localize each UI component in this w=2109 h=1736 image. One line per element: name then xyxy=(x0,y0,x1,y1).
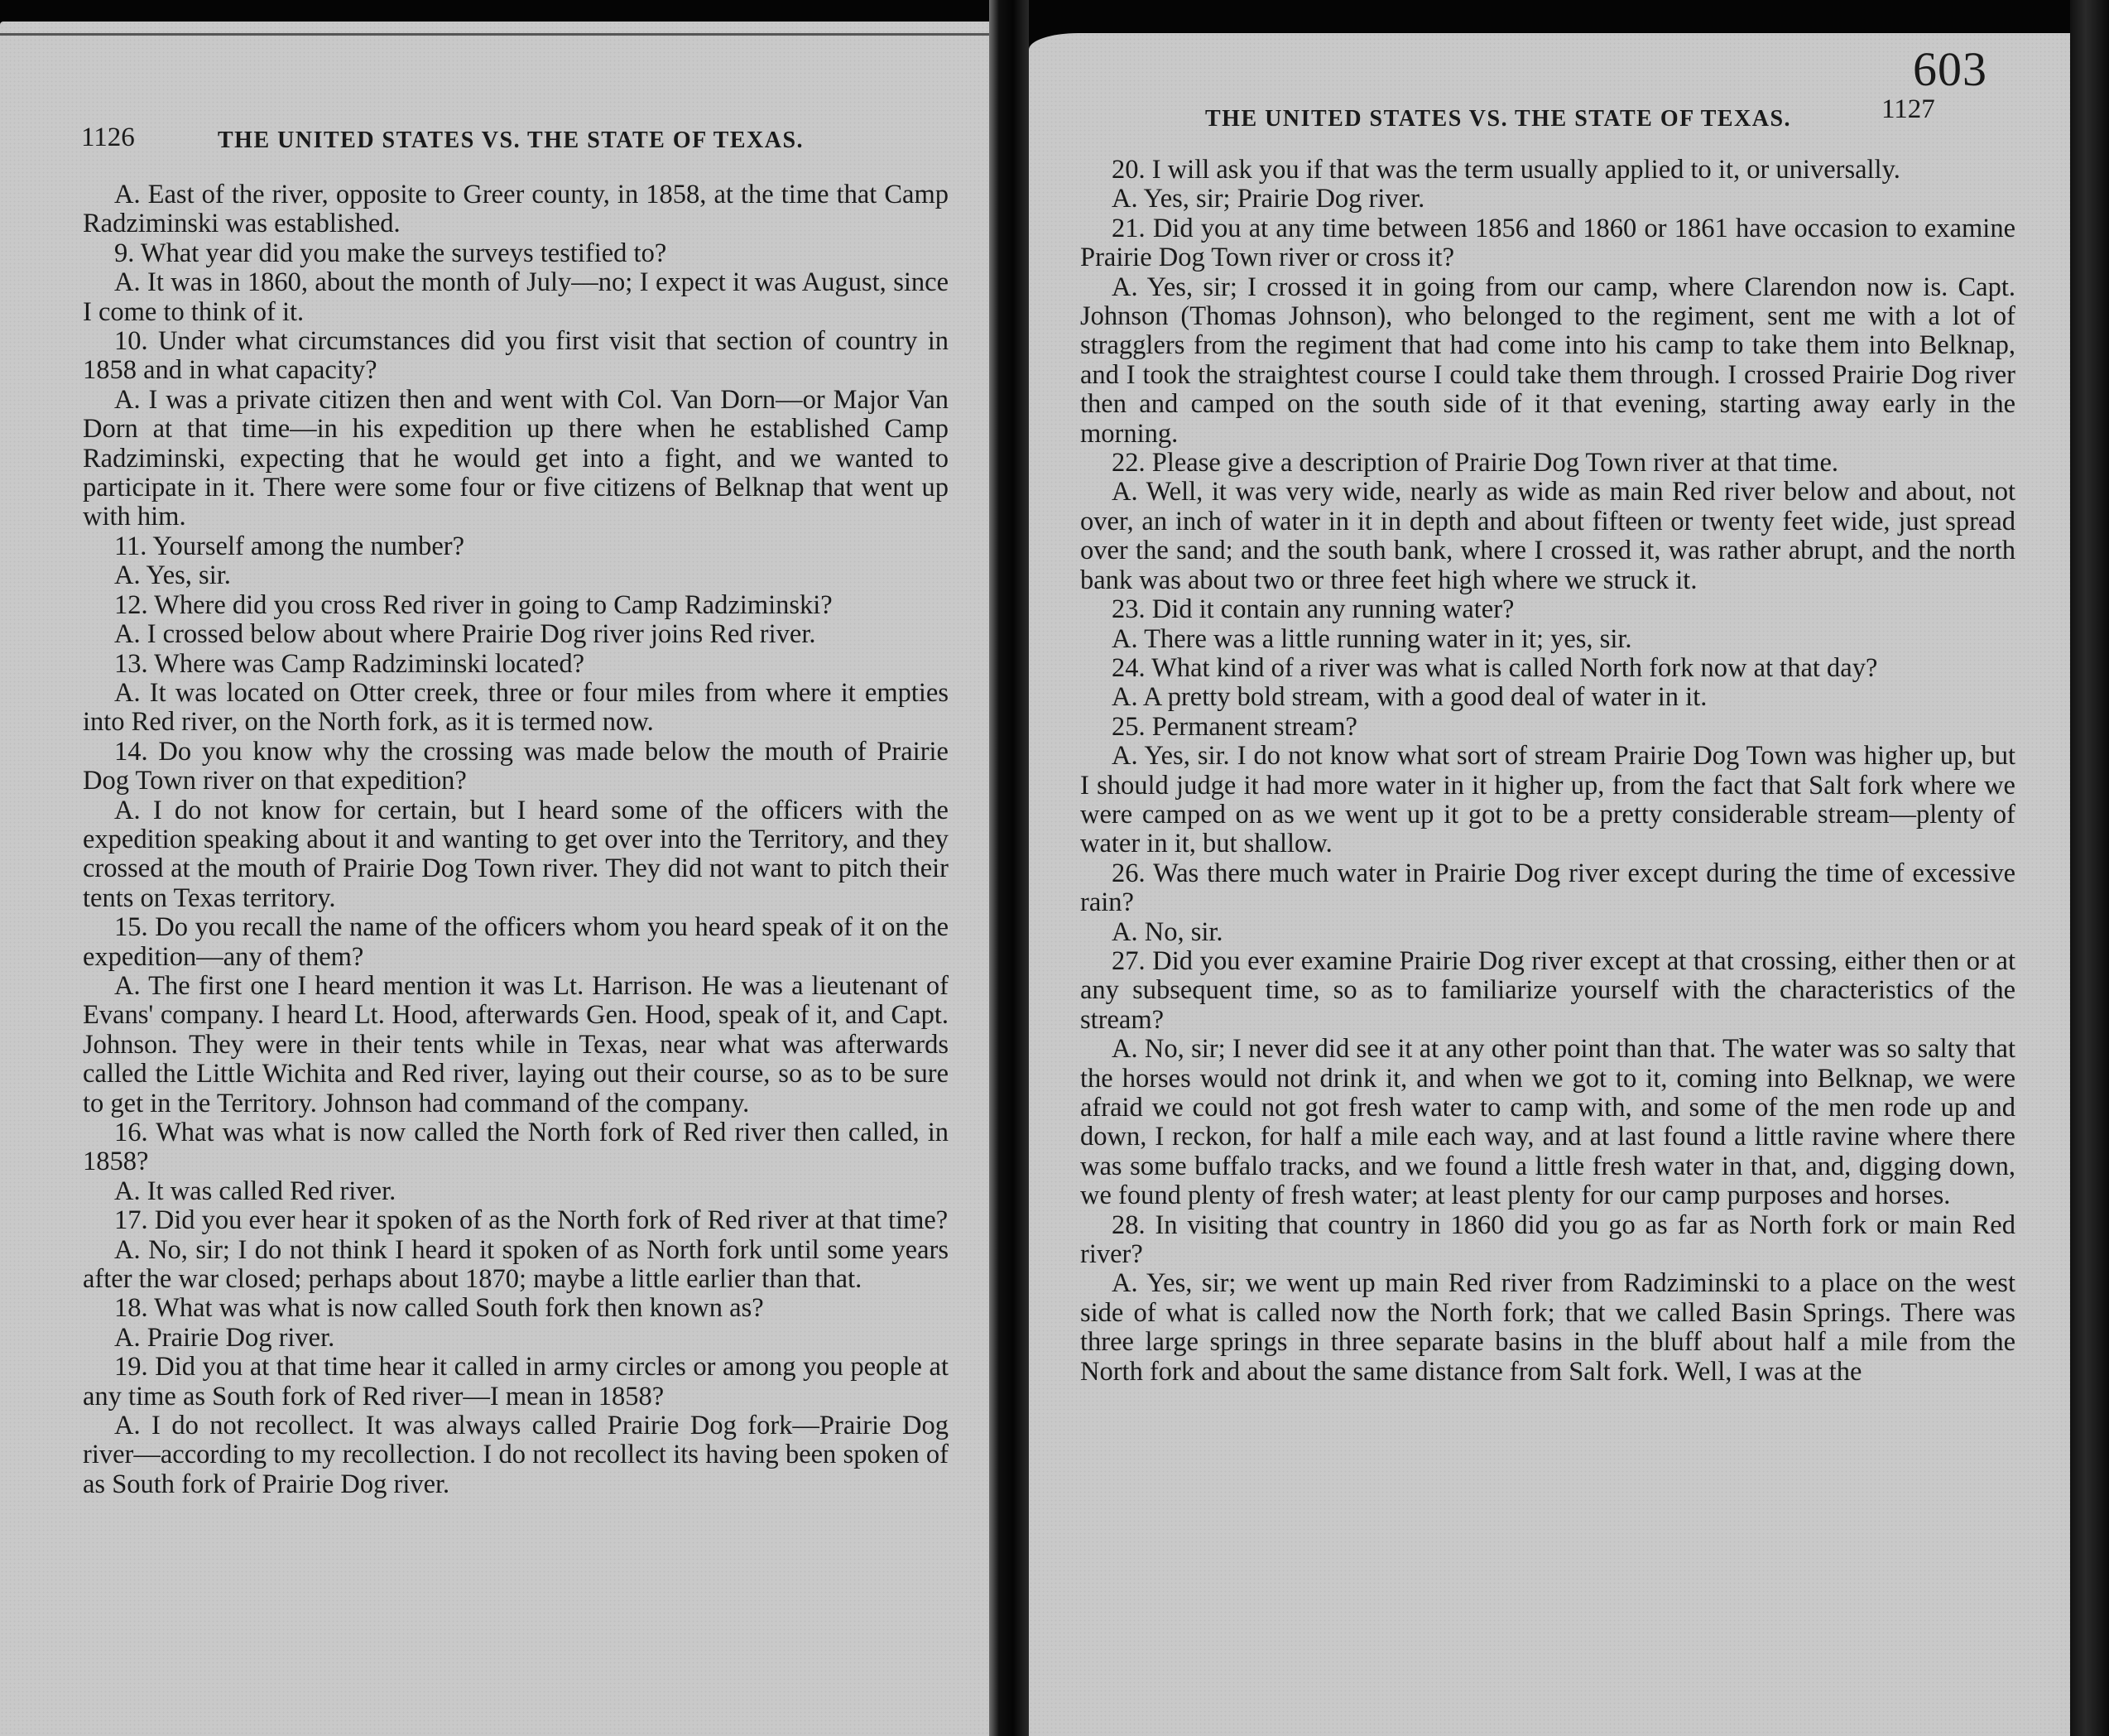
answer-paragraph: A. Yes, sir; Prairie Dog river. xyxy=(1080,185,2015,214)
answer-paragraph: A. No, sir; I never did see it at any ot… xyxy=(1080,1035,2015,1210)
answer-paragraph: A. Well, it was very wide, nearly as wid… xyxy=(1080,478,2015,595)
answer-paragraph: A. It was called Red river. xyxy=(83,1177,949,1206)
answer-paragraph: A. I do not know for certain, but I hear… xyxy=(83,796,949,914)
question-paragraph: 14. Do you know why the crossing was mad… xyxy=(83,738,949,796)
question-paragraph: 9. What year did you make the surveys te… xyxy=(83,239,949,268)
question-paragraph: 26. Was there much water in Prairie Dog … xyxy=(1080,859,2015,918)
answer-paragraph: A. Prairie Dog river. xyxy=(83,1324,949,1353)
question-paragraph: 13. Where was Camp Radziminski located? xyxy=(83,650,949,679)
answer-paragraph: A. Yes, sir. xyxy=(83,561,949,590)
book-edge xyxy=(2070,0,2109,1736)
running-head: THE UNITED STATES VS. THE STATE OF TEXAS… xyxy=(1205,106,1791,132)
book-gutter xyxy=(989,0,1029,1736)
answer-paragraph: A. A pretty bold stream, with a good dea… xyxy=(1080,683,2015,712)
answer-paragraph: A. No, sir. xyxy=(1080,918,2015,947)
answer-paragraph: A. It was in 1860, about the month of Ju… xyxy=(83,268,949,327)
answer-paragraph: A. I crossed below about where Prairie D… xyxy=(83,620,949,649)
question-paragraph: 22. Please give a description of Prairie… xyxy=(1080,449,2015,478)
question-paragraph: 15. Do you recall the name of the office… xyxy=(83,913,949,972)
question-paragraph: 10. Under what circumstances did you fir… xyxy=(83,327,949,386)
right-page-body: 20. I will ask you if that was the term … xyxy=(1080,156,2015,1387)
question-paragraph: 11. Yourself among the number? xyxy=(83,532,949,561)
answer-paragraph: A. Yes, sir; we went up main Red river f… xyxy=(1080,1269,2015,1387)
question-paragraph: 24. What kind of a river was what is cal… xyxy=(1080,654,2015,683)
question-paragraph: 23. Did it contain any running water? xyxy=(1080,595,2015,624)
answer-paragraph: A. I was a private citizen then and went… xyxy=(83,386,949,532)
question-paragraph: 18. What was what is now called South fo… xyxy=(83,1294,949,1323)
answer-paragraph: A. There was a little running water in i… xyxy=(1080,625,2015,654)
question-paragraph: 12. Where did you cross Red river in goi… xyxy=(83,591,949,620)
right-page: 603 THE UNITED STATES VS. THE STATE OF T… xyxy=(1029,33,2070,1736)
left-page: 1126 THE UNITED STATES VS. THE STATE OF … xyxy=(0,22,989,1736)
question-paragraph: 17. Did you ever hear it spoken of as th… xyxy=(83,1206,949,1235)
question-paragraph: 25. Permanent stream? xyxy=(1080,713,2015,742)
question-paragraph: 28. In visiting that country in 1860 did… xyxy=(1080,1211,2015,1270)
answer-paragraph: A. I do not recollect. It was always cal… xyxy=(83,1411,949,1499)
answer-paragraph: A. Yes, sir; I crossed it in going from … xyxy=(1080,273,2015,449)
page-number: 1126 xyxy=(81,123,135,153)
question-paragraph: 20. I will ask you if that was the term … xyxy=(1080,156,2015,185)
answer-paragraph: A. East of the river, opposite to Greer … xyxy=(83,180,949,239)
stamp-number: 603 xyxy=(1913,41,1987,97)
answer-paragraph: A. It was located on Otter creek, three … xyxy=(83,679,949,738)
running-head: THE UNITED STATES VS. THE STATE OF TEXAS… xyxy=(218,127,804,154)
question-paragraph: 19. Did you at that time hear it called … xyxy=(83,1353,949,1411)
question-paragraph: 27. Did you ever examine Prairie Dog riv… xyxy=(1080,947,2015,1035)
left-page-body: A. East of the river, opposite to Greer … xyxy=(83,180,949,1499)
answer-paragraph: A. No, sir; I do not think I heard it sp… xyxy=(83,1236,949,1295)
answer-paragraph: A. Yes, sir. I do not know what sort of … xyxy=(1080,742,2015,859)
page-number: 1127 xyxy=(1881,94,1935,125)
question-paragraph: 21. Did you at any time between 1856 and… xyxy=(1080,214,2015,273)
question-paragraph: 16. What was what is now called the Nort… xyxy=(83,1118,949,1177)
answer-paragraph: A. The first one I heard mention it was … xyxy=(83,972,949,1118)
